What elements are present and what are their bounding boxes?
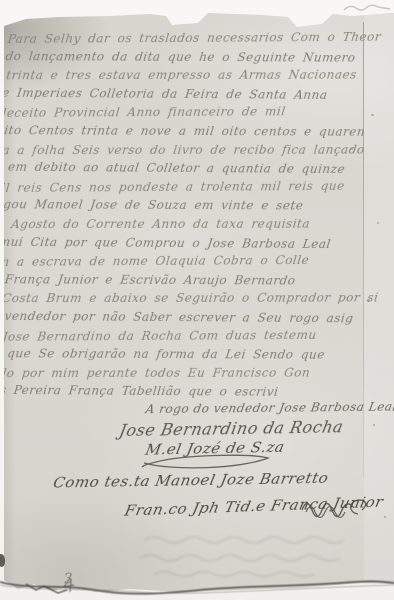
page-bottom-edge xyxy=(0,576,394,600)
manuscript-line: mil reis Cens nos pondeste a trolenta mi… xyxy=(0,177,343,198)
manuscript-photo: Para Selhy dar os traslados necessarios … xyxy=(0,0,394,600)
manuscript-line: deceito Provincial Anno financeiro de mi… xyxy=(0,102,352,123)
manuscript-line: Para Selhy dar os traslados necessarios … xyxy=(7,28,361,49)
manuscript-line: Com a escrava de nome Olaquia Cobra o Co… xyxy=(0,251,334,272)
manuscript-line: trinta e tres estava empresso as Armas N… xyxy=(5,66,356,85)
manuscript-line: nou Jose Bernardino da Rocha Com duas te… xyxy=(0,325,325,346)
manuscript-body: Para Selhy dar os traslados necessarios … xyxy=(0,29,361,401)
manuscript-page: Para Selhy dar os traslados necessarios … xyxy=(0,0,394,600)
ink-speck xyxy=(373,424,375,426)
signature-flourish-junior xyxy=(300,492,372,524)
manuscript-line: e o vendedor por não Saber escrever a Se… xyxy=(0,307,327,328)
manuscript-line: a mui Cita por que Comprou o Jose Barbos… xyxy=(0,232,336,253)
page-number-pencil-mark: 3 xyxy=(63,571,74,588)
witness-attestation-line: Como tes.ta Manoel Joze Barretto xyxy=(52,469,330,492)
ink-bleed-through xyxy=(140,530,374,580)
manuscript-line: nhas que Se obrigarão na forma da Lei Se… xyxy=(0,344,322,364)
pencil-mark xyxy=(342,2,392,14)
ink-speck xyxy=(377,222,379,224)
manuscript-line: tor França Junior e Escrivão Araujo Bern… xyxy=(0,270,331,290)
a-rogo-line: A rogo do vendedor Jose Barbosa Leal xyxy=(145,400,394,417)
manuscript-line: de Agosto do Corrente Anno da taxa requi… xyxy=(0,215,338,234)
manuscript-line: do lançamento da dita que he o Seguinte … xyxy=(4,47,358,67)
ink-speck xyxy=(384,516,386,518)
ink-speck xyxy=(371,114,374,116)
manuscript-line: oito Centos trinta e nove a mil oito cen… xyxy=(0,121,350,141)
manuscript-line: da Costa Brum e abaixo se Seguirão o Com… xyxy=(0,289,329,308)
manuscript-line: pagou Manoel Jose de Souza em vinte e se… xyxy=(0,196,340,216)
manuscript-line: ta lido por mim perante todos Eu Francis… xyxy=(0,363,320,382)
manuscript-line: em debito ao atual Colletor a quantia de… xyxy=(7,158,345,179)
manuscript-line: çalves Pereira França Tabellião que o es… xyxy=(0,381,318,402)
signature-jose-bernardino: Jose Bernardino da Rocha xyxy=(118,417,345,440)
manuscript-line: ta a folha Seis verso do livro de recibo… xyxy=(0,140,347,159)
